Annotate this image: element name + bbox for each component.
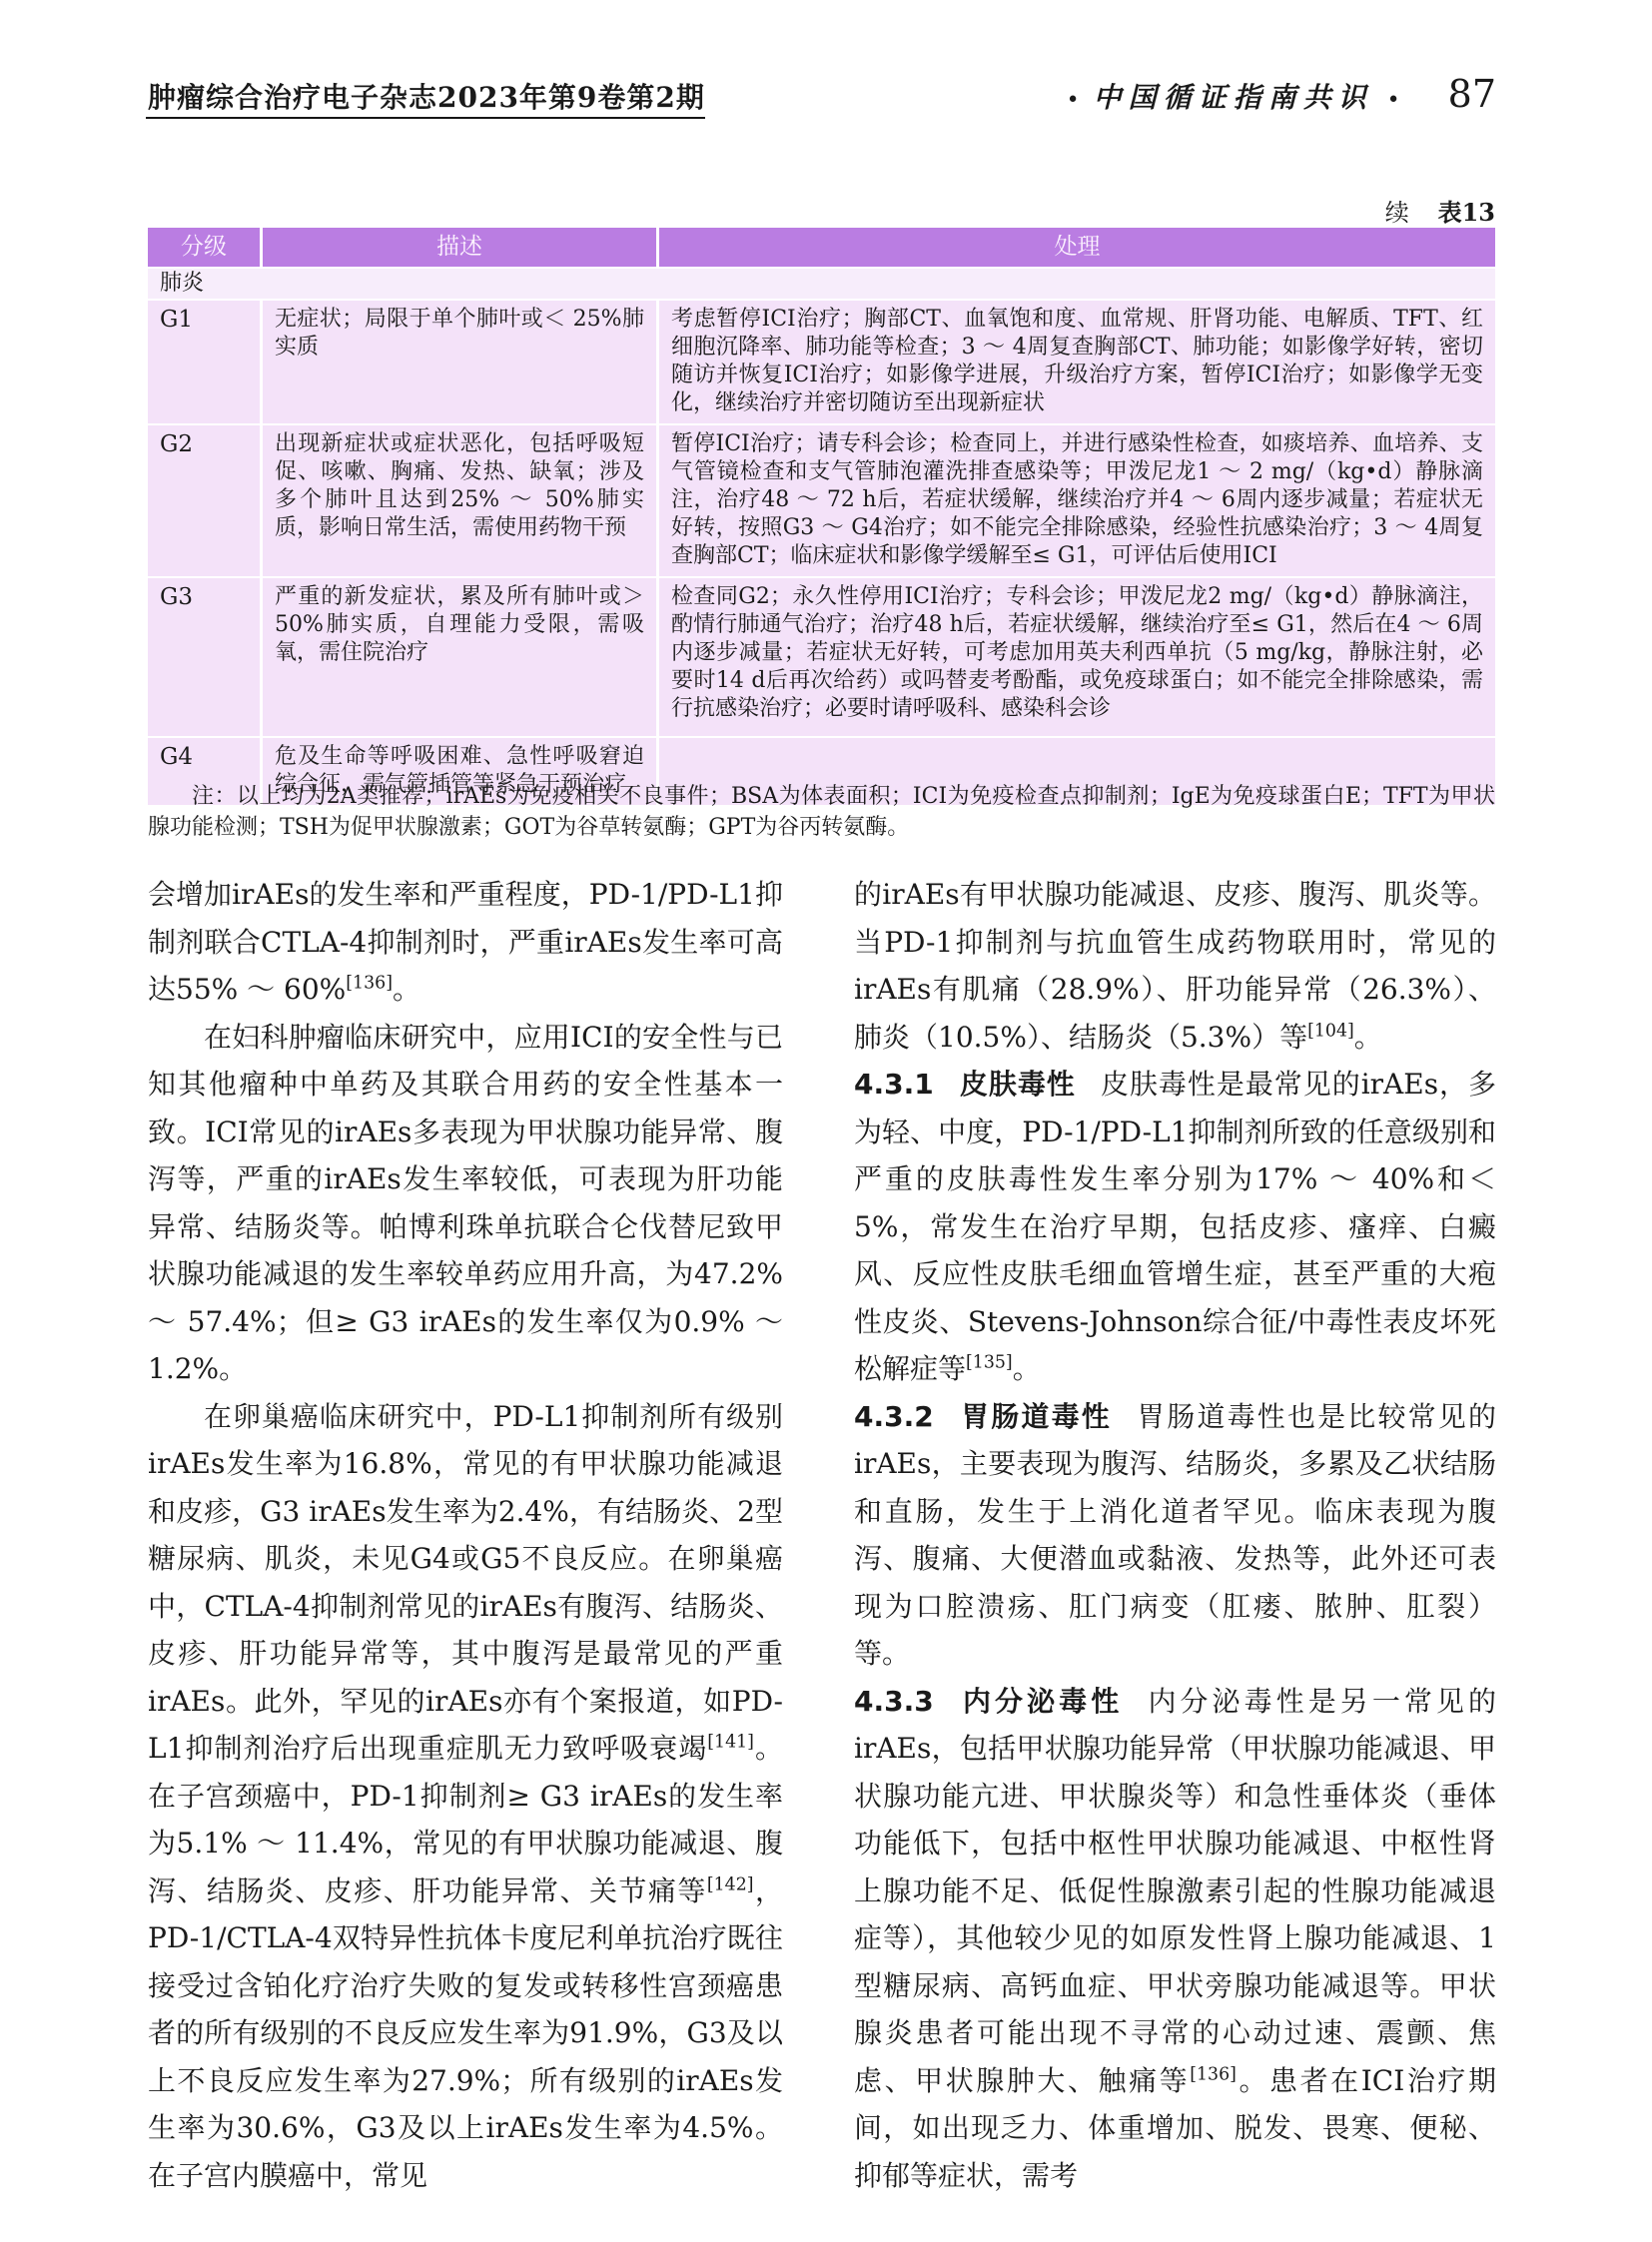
paragraph: 在妇科肿瘤临床研究中，应用ICI的安全性与已知其他瘤种中单药及其联合用药的安全性… (148, 1014, 783, 1393)
grade-cell: G3 (148, 578, 260, 736)
header-divider (146, 117, 705, 119)
table-continuation-label: 续表13 (1385, 193, 1495, 228)
page-number: 87 (1448, 72, 1496, 116)
management-cell: 暂停ICI治疗；请专科会诊；检查同上，并进行感染性检查，如痰培养、血培养、支气管… (659, 425, 1495, 576)
continuation-table-number: 表13 (1438, 198, 1495, 227)
table-header-row: 分级 描述 处理 (148, 228, 1495, 267)
description-cell: 严重的新发症状，累及所有肺叶或＞ 50%肺实质，自理能力受限，需吸氧，需住院治疗 (263, 578, 656, 736)
body-left-column: 会增加irAEs的发生率和严重程度，PD-1/PD-L1抑制剂联合CTLA-4抑… (148, 871, 783, 2199)
table-footnote: 注：以上均为2A类推荐；irAEs为免疫相关不良事件；BSA为体表面积；ICI为… (148, 781, 1495, 843)
section-title: 内分泌毒性 (959, 1685, 1123, 1718)
table-row: G3 严重的新发症状，累及所有肺叶或＞ 50%肺实质，自理能力受限，需吸氧，需住… (148, 578, 1495, 736)
journal-section-label: 中国循证指南共识 (1094, 76, 1373, 116)
section-text: 内分泌毒性是另一常见的irAEs，包括甲状腺功能异常（甲状腺功能减退、甲状腺功能… (854, 1685, 1496, 2192)
group-label: 肺炎 (148, 269, 1495, 299)
management-cell: 考虑暂停ICI治疗；胸部CT、血氧饱和度、血常规、肝肾功能、电解质、TFT、红细… (659, 301, 1495, 423)
continuation-prefix: 续 (1385, 199, 1409, 227)
journal-title: 肿瘤综合治疗电子杂志2023年第9卷第2期 (148, 76, 705, 116)
table-row: G1 无症状；局限于单个肺叶或＜ 25%肺实质 考虑暂停ICI治疗；胸部CT、血… (148, 301, 1495, 423)
management-cell: 检查同G2；永久性停用ICI治疗；专科会诊；甲泼尼龙2 mg/（kg•d）静脉滴… (659, 578, 1495, 736)
section-text: 胃肠道毒性也是比较常见的irAEs，主要表现为腹泻、结肠炎，多累及乙状结肠和直肠… (854, 1400, 1496, 1671)
column-header-management: 处理 (659, 228, 1495, 267)
section-paragraph: 4.3.1皮肤毒性皮肤毒性是最常见的irAEs，多为轻、中度，PD-1/PD-L… (854, 1061, 1496, 1393)
grade-cell: G2 (148, 425, 260, 576)
column-header-grade: 分级 (148, 228, 260, 267)
section-number: 4.3.1 (854, 1068, 934, 1101)
grade-cell: G1 (148, 301, 260, 423)
section-number: 4.3.2 (854, 1400, 934, 1433)
section-paragraph: 4.3.2胃肠道毒性胃肠道毒性也是比较常见的irAEs，主要表现为腹泻、结肠炎，… (854, 1393, 1496, 1678)
table-group-row: 肺炎 (148, 269, 1495, 299)
paragraph: 的irAEs有甲状腺功能减退、皮疹、腹泻、肌炎等。当PD-1抑制剂与抗血管生成药… (854, 871, 1496, 1061)
section-title: 胃肠道毒性 (959, 1400, 1112, 1433)
description-cell: 无症状；局限于单个肺叶或＜ 25%肺实质 (263, 301, 656, 423)
section-number: 4.3.3 (854, 1685, 934, 1718)
bullet-icon: • (1067, 88, 1080, 113)
body-right-column: 的irAEs有甲状腺功能减退、皮疹、腹泻、肌炎等。当PD-1抑制剂与抗血管生成药… (854, 871, 1496, 2199)
header-right: • 中国循证指南共识 • 87 (1053, 72, 1496, 116)
column-header-description: 描述 (263, 228, 656, 267)
journal-page: 肿瘤综合治疗电子杂志2023年第9卷第2期 • 中国循证指南共识 • 87 续表… (0, 0, 1652, 2242)
pneumonia-management-table: 分级 描述 处理 肺炎 G1 无症状；局限于单个肺叶或＜ 25%肺实质 考虑暂停… (148, 228, 1495, 805)
section-text: 皮肤毒性是最常见的irAEs，多为轻、中度，PD-1/PD-L1抑制剂所致的任意… (854, 1068, 1496, 1385)
paragraph: 会增加irAEs的发生率和严重程度，PD-1/PD-L1抑制剂联合CTLA-4抑… (148, 871, 783, 1014)
paragraph: 在卵巢癌临床研究中，PD-L1抑制剂所有级别irAEs发生率为16.8%，常见的… (148, 1393, 783, 2200)
page-header: 肿瘤综合治疗电子杂志2023年第9卷第2期 • 中国循证指南共识 • 87 (148, 72, 1496, 116)
table-row: G2 出现新症状或症状恶化，包括呼吸短促、咳嗽、胸痛、发热、缺氧；涉及多个肺叶且… (148, 425, 1495, 576)
bullet-icon: • (1387, 88, 1400, 113)
section-title: 皮肤毒性 (959, 1068, 1076, 1101)
section-paragraph: 4.3.3内分泌毒性内分泌毒性是另一常见的irAEs，包括甲状腺功能异常（甲状腺… (854, 1678, 1496, 2200)
description-cell: 出现新症状或症状恶化，包括呼吸短促、咳嗽、胸痛、发热、缺氧；涉及多个肺叶且达到2… (263, 425, 656, 576)
